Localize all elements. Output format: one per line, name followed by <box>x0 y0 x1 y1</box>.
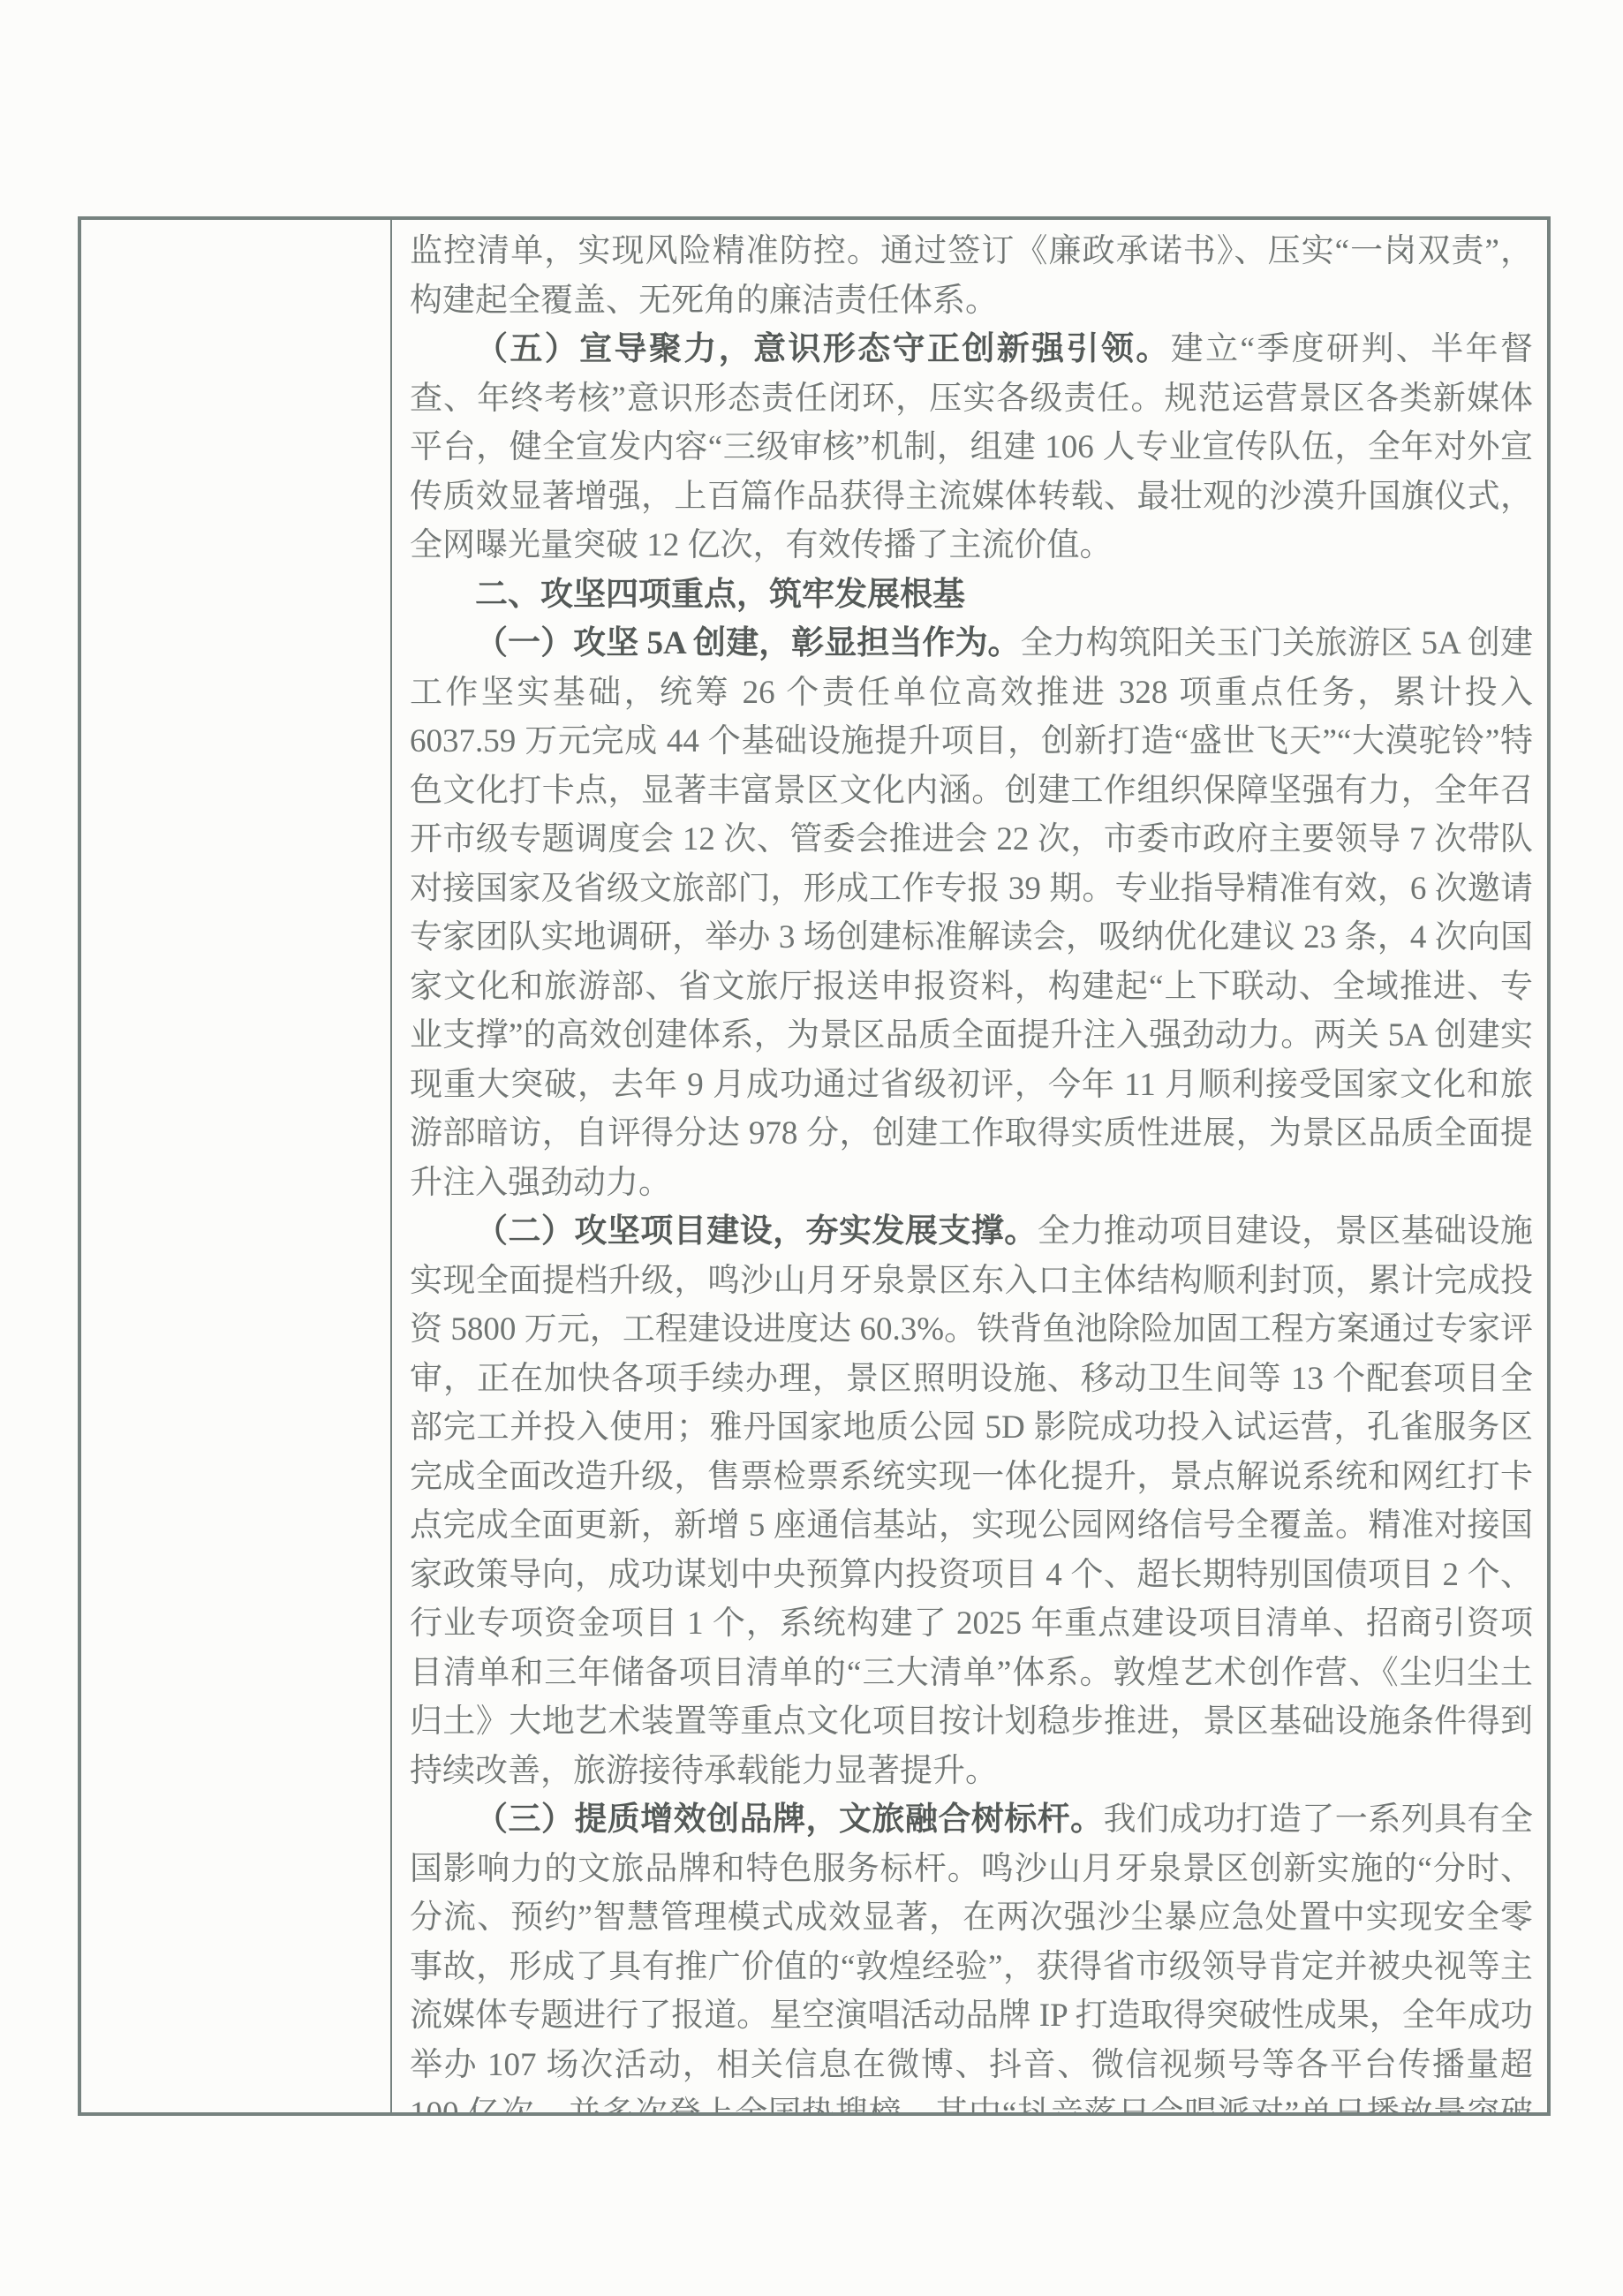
text-run: 监控清单，实现风险精准防控。通过签订《廉政承诺书》、压实“一岗双责”，构建起全覆… <box>410 233 1533 319</box>
paragraph: （二）攻坚项目建设，夯实发展支撑。全力推动项目建设，景区基础设施实现全面提档升级… <box>410 1207 1533 1795</box>
paragraph: 二、攻坚四项重点，筑牢发展根基 <box>410 570 1533 620</box>
heading-run: （一）攻坚 5A 创建，彰显担当作为。 <box>475 625 1021 661</box>
paragraph: （一）攻坚 5A 创建，彰显担当作为。全力构筑阳关玉门关旅游区 5A 创建工作坚… <box>410 619 1533 1207</box>
scanned-document-page: 监控清单，实现风险精准防控。通过签订《廉政承诺书》、压实“一岗双责”，构建起全覆… <box>0 0 1623 2296</box>
heading-run: （五）宣导聚力，意识形态守正创新强引领。 <box>475 331 1171 367</box>
text-run: 全力构筑阳关玉门关旅游区 5A 创建工作坚实基础，统筹 26 个责任单位高效推进… <box>410 625 1533 1201</box>
heading-run: （二）攻坚项目建设，夯实发展支撑。 <box>475 1213 1038 1250</box>
paragraph: （三）提质增效创品牌，文旅融合树标杆。我们成功打造了一系列具有全国影响力的文旅品… <box>410 1795 1533 2112</box>
paragraph: （五）宣导聚力，意识形态守正创新强引领。建立“季度研判、半年督查、年终考核”意识… <box>410 325 1533 570</box>
text-run: 全力推动项目建设，景区基础设施实现全面提档升级，鸣沙山月牙泉景区东入口主体结构顺… <box>410 1213 1533 1789</box>
heading-run: 二、攻坚四项重点，筑牢发展根基 <box>475 577 965 613</box>
heading-run: （三）提质增效创品牌，文旅融合树标杆。 <box>475 1801 1104 1838</box>
text-run: 我们成功打造了一系列具有全国影响力的文旅品牌和特色服务标杆。鸣沙山月牙泉景区创新… <box>410 1801 1533 2112</box>
report-paragraphs: 监控清单，实现风险精准防控。通过签订《廉政承诺书》、压实“一岗双责”，构建起全覆… <box>410 227 1533 2112</box>
report-text-cell: 监控清单，实现风险精准防控。通过签订《廉政承诺书》、压实“一岗双责”，构建起全覆… <box>392 220 1547 2112</box>
report-table: 监控清单，实现风险精准防控。通过签订《廉政承诺书》、压实“一岗双责”，构建起全覆… <box>78 216 1551 2116</box>
paragraph: 监控清单，实现风险精准防控。通过签订《廉政承诺书》、压实“一岗双责”，构建起全覆… <box>410 227 1533 325</box>
table-left-column <box>81 220 392 2112</box>
